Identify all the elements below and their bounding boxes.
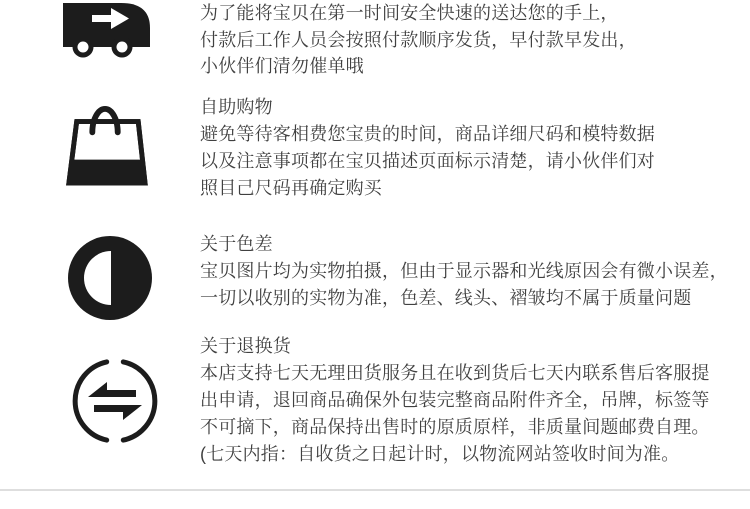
self-shopping-line: 以及注意事项都在宝贝描述页面标示清楚，请小伙伴们对: [200, 148, 655, 175]
returns-text: 关于退换货 本店支持七天无理田货服务且在收到货后七天内联系售后客服提 出申请，退…: [200, 333, 710, 468]
returns-line: 本店支持七天无理田货服务且在收到货后七天内联系售后客服提: [200, 360, 710, 387]
self-shopping-text: 自助购物 避免等待客相费您宝贵的时间，商品详细尺码和模特数据 以及注意事项都在宝…: [200, 94, 655, 202]
shipping-text: 为了能将宝贝在第一时间安全快速的送达您的手上， 付款后工作人员会按照付款顺序发货…: [200, 0, 637, 80]
returns-line: (七天内指：自收货之日起计时，以物流网站签收时间为准。: [200, 441, 710, 468]
color-contrast-icon: [68, 236, 152, 320]
shopping-bag-icon: [64, 103, 148, 187]
self-shopping-line: 照目己尺码再确定购买: [200, 175, 655, 202]
color-difference-line: 宝贝图片均为实物拍摄，但由于显示器和光线原因会有微小误差，: [200, 258, 728, 285]
color-difference-text: 关于色差 宝贝图片均为实物拍摄，但由于显示器和光线原因会有微小误差， 一切以收别…: [200, 231, 728, 312]
service-info-page: 为了能将宝贝在第一时间安全快速的送达您的手上， 付款后工作人员会按照付款顺序发货…: [0, 0, 750, 509]
returns-line: 出申请，退回商品确保外包装完整商品附件齐全，吊牌，标签等: [200, 387, 710, 414]
returns-line: 不可摘下，商品保持出售时的原质原样，非质量间题邮费自理。: [200, 414, 710, 441]
section-title: 关于色差: [200, 231, 728, 258]
shipping-line: 付款后工作人员会按照付款顺序发货，早付款早发出，: [200, 27, 637, 54]
exchange-arrows-icon: [72, 358, 158, 444]
self-shopping-line: 避免等待客相费您宝贵的时间，商品详细尺码和模特数据: [200, 121, 655, 148]
section-title: 关于退换货: [200, 333, 710, 360]
shipping-line: 为了能将宝贝在第一时间安全快速的送达您的手上，: [200, 0, 637, 27]
section-title: 自助购物: [200, 94, 655, 121]
color-difference-line: 一切以收别的实物为准，色差、线头、褶皱均不属于质量问题: [200, 285, 728, 312]
bottom-divider: [0, 489, 750, 491]
delivery-truck-icon: [63, 2, 150, 59]
shipping-line: 小伙伴们清勿催单哦: [200, 53, 637, 80]
